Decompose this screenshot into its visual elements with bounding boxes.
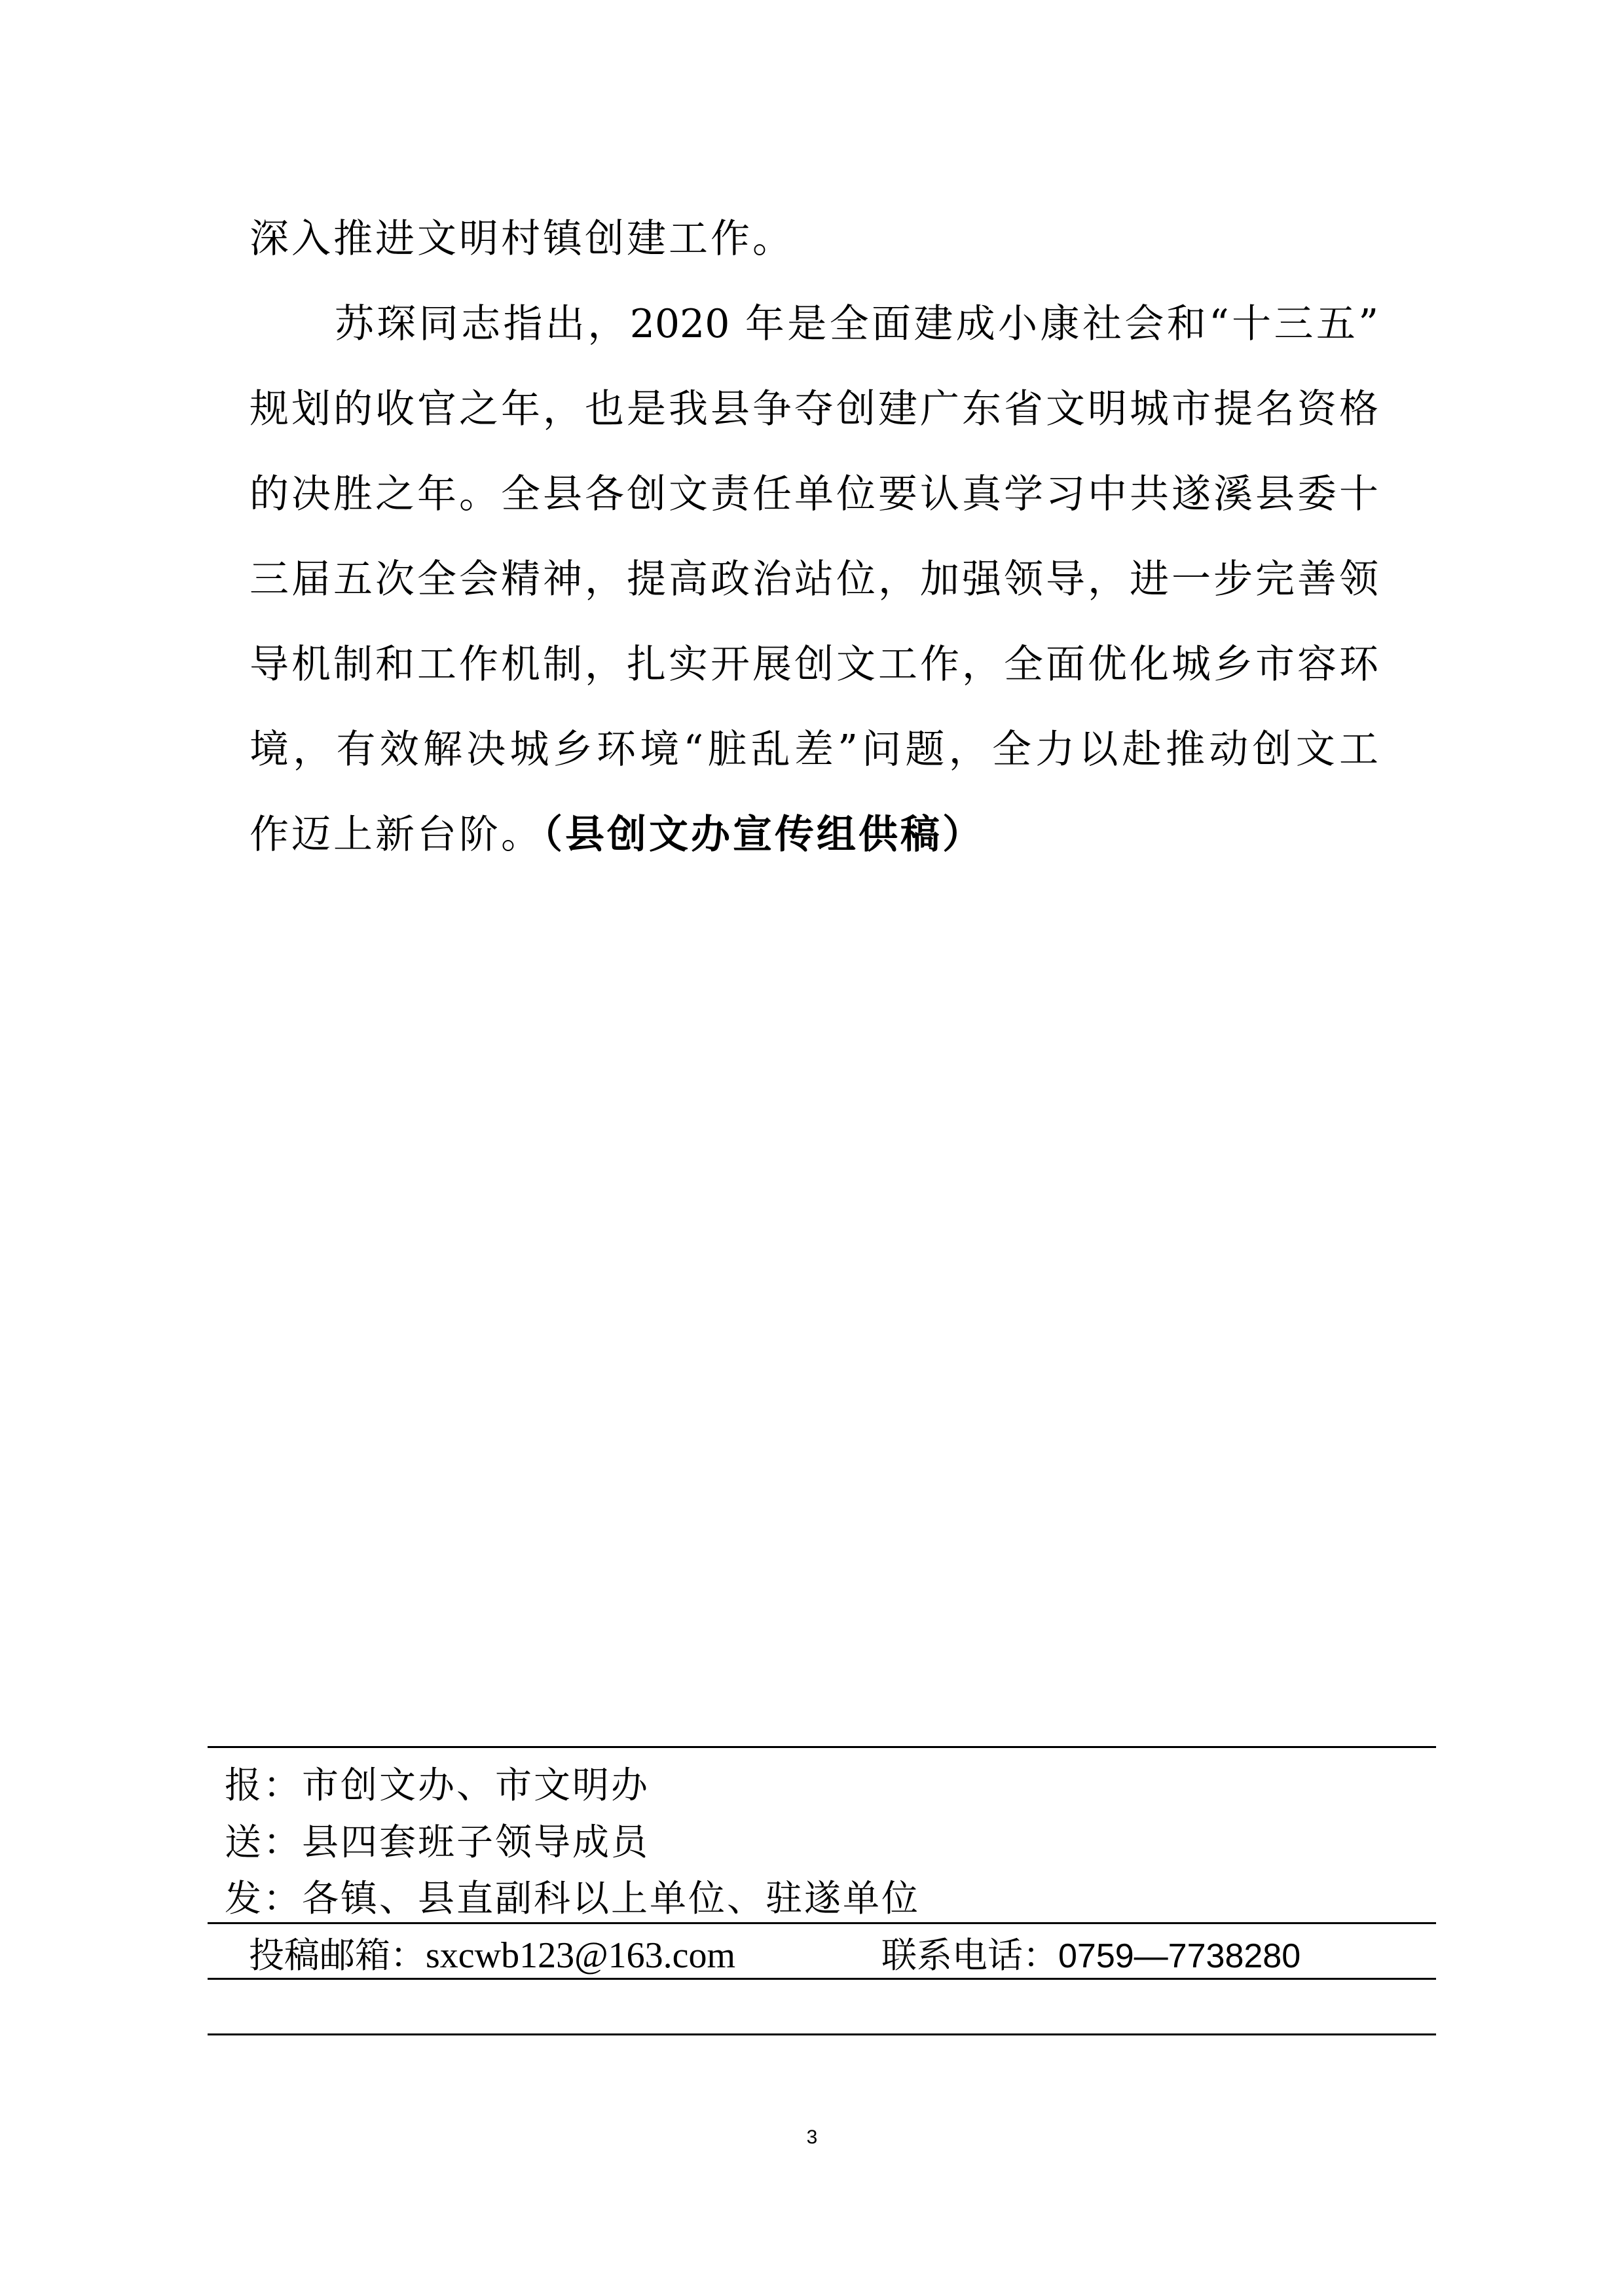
report-to-label: 报： (225, 1764, 302, 1807)
report-to-value: 市创文办、市文明办 (302, 1764, 650, 1807)
body-line-5: 三届五次全会精神，提高政治站位，加强领导，进一步完善领 (249, 553, 1378, 606)
footer-bottom-rule (208, 2033, 1436, 2035)
send-to-row: 送：县四套班子领导成员 (225, 1820, 650, 1866)
document-page: 深入推进文明村镇创建工作。 苏琛同志指出，2020 年是全面建成小康社会和“十三… (0, 0, 1624, 2296)
body-line-1: 深入推进文明村镇创建工作。 (249, 213, 1378, 265)
send-to-label: 送： (225, 1821, 302, 1864)
source-credit: （县创文办宣传组供稿） (543, 812, 984, 858)
body-line-8-text: 作迈上新台阶。 (249, 812, 543, 858)
report-to-row: 报：市创文办、市文明办 (225, 1763, 650, 1809)
footer-middle-rule (208, 1922, 1436, 1924)
body-line-4: 的决胜之年。全县各创文责任单位要认真学习中共遂溪县委十 (249, 468, 1378, 520)
issue-to-label: 发： (225, 1878, 302, 1920)
body-line-8: 作迈上新台阶。（县创文办宣传组供稿） (249, 809, 1378, 861)
phone-number: 0759—7738280 (1058, 1937, 1301, 1975)
phone-group: 联系电话：0759—7738280 (881, 1933, 1301, 1979)
issue-to-row: 发：各镇、县直副科以上单位、驻遂单位 (225, 1876, 920, 1922)
footer-top-rule (208, 1746, 1436, 1748)
body-line-3: 规划的收官之年，也是我县争夺创建广东省文明城市提名资格 (249, 383, 1378, 435)
page-number: 3 (796, 2124, 828, 2151)
body-line-6: 导机制和工作机制，扎实开展创文工作，全面优化城乡市容环 (249, 638, 1378, 691)
issue-to-value: 各镇、县直副科以上单位、驻遂单位 (302, 1878, 920, 1920)
email-address[interactable]: sxcwb123@163.com (426, 1935, 735, 1976)
contact-row: 投稿邮箱：sxcwb123@163.com 联系电话：0759—7738280 (249, 1933, 1349, 1978)
footer-lower-rule (208, 1978, 1436, 1980)
email-label: 投稿邮箱： (249, 1935, 426, 1976)
body-line-2: 苏琛同志指出，2020 年是全面建成小康社会和“十三五” (335, 298, 1378, 350)
body-line-7: 境，有效解决城乡环境“脏乱差”问题，全力以赴推动创文工 (249, 723, 1378, 776)
send-to-value: 县四套班子领导成员 (302, 1821, 650, 1864)
phone-label: 联系电话： (881, 1935, 1058, 1976)
